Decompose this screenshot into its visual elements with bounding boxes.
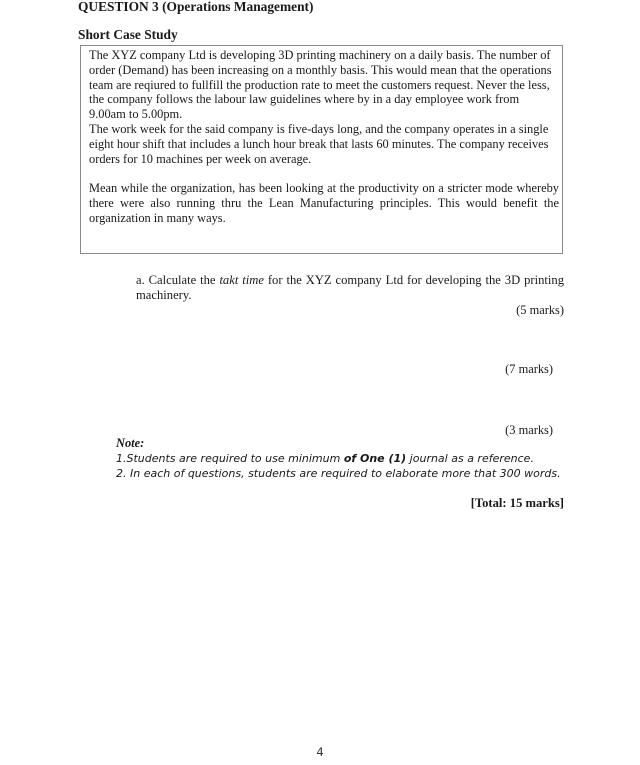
page-number: 4 (0, 745, 640, 759)
case-paragraph-1: The XYZ company Ltd is developing 3D pri… (89, 48, 559, 122)
question-a: a. Calculate the takt time for the XYZ c… (136, 273, 564, 303)
note-line-1-bold: of One (1) (344, 452, 406, 465)
case-paragraph-3: Mean while the organization, has been lo… (89, 181, 559, 225)
note-line-1-suffix: journal as a reference. (406, 452, 534, 465)
note-line-1: 1.Students are required to use minimum o… (116, 452, 534, 465)
note-label: Note: (116, 436, 144, 451)
question-a-term: takt time (219, 273, 263, 287)
question-b-marks: (7 marks) (505, 362, 553, 377)
total-marks: [Total: 15 marks] (471, 496, 564, 511)
question-a-marks: (5 marks) (516, 303, 564, 318)
case-paragraph-2: The work week for the said company is fi… (89, 122, 559, 166)
note-line-1-prefix: 1.Students are required to use minimum (116, 452, 344, 465)
note-line-2: 2. In each of questions, students are re… (116, 467, 561, 480)
question-title: QUESTION 3 (Operations Management) (78, 0, 313, 15)
question-c-marks: (3 marks) (505, 423, 553, 438)
case-study-text: The XYZ company Ltd is developing 3D pri… (89, 48, 559, 226)
paragraph-gap (89, 166, 559, 181)
case-study-box: The XYZ company Ltd is developing 3D pri… (80, 45, 563, 254)
case-study-title: Short Case Study (78, 27, 178, 43)
question-a-prefix: a. Calculate the (136, 273, 219, 287)
